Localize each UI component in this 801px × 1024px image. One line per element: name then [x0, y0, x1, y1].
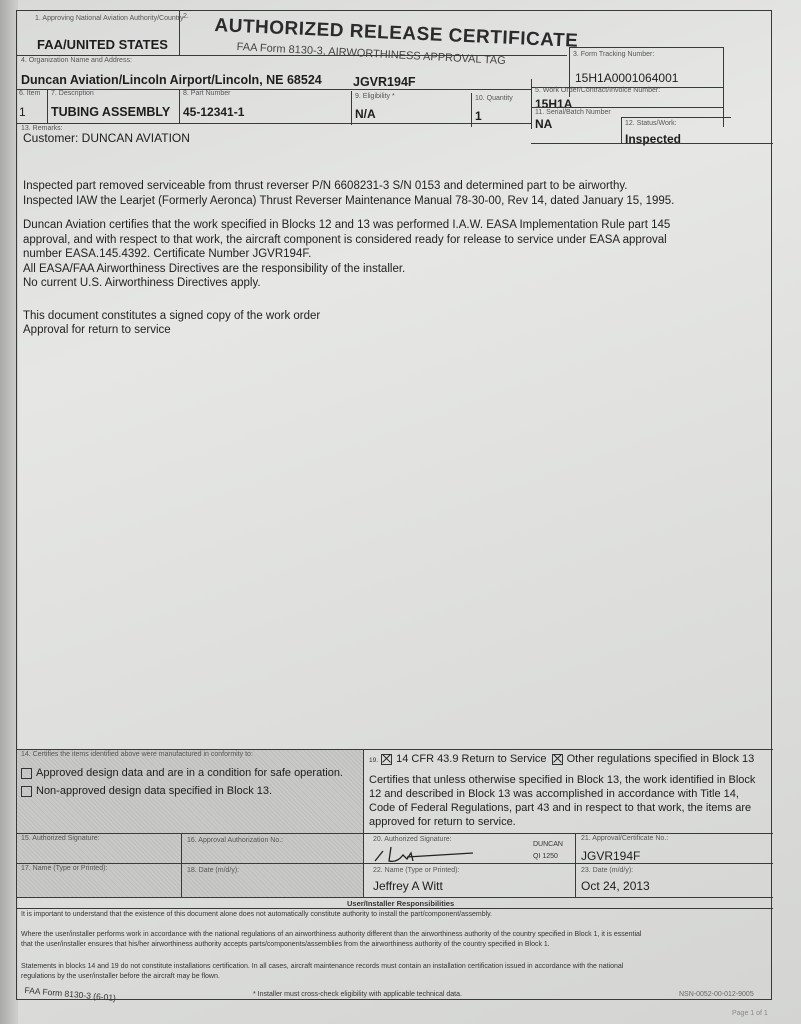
quantity-label: 10. Quantity — [475, 95, 513, 102]
block19-label: 19. — [369, 757, 378, 764]
remarks-line: Inspected IAW the Learjet (Formerly Aero… — [23, 195, 674, 207]
block21-label: 21. Approval/Certificate No.: — [581, 835, 668, 842]
block5-label: 5. Work Order/Contract/Invoice Number: — [535, 87, 660, 94]
block22-label: 22. Name (Type or Printed): — [373, 867, 459, 874]
serial-label: 11. Serial/Batch Number — [535, 109, 611, 116]
certificate-date: Oct 24, 2013 — [581, 879, 650, 893]
remarks-line: approval, and with respect to that work,… — [23, 234, 667, 246]
nsn-number: NSN-0052-00-012-9005 — [679, 991, 754, 998]
approval-certificate-number: JGVR194F — [581, 849, 640, 863]
organization-address: Duncan Aviation/Lincoln Airport/Lincoln,… — [21, 73, 322, 87]
item-value: 1 — [19, 105, 26, 119]
remarks-body: Inspected part removed serviceable from … — [23, 179, 743, 348]
stamp-line1: DUNCAN — [533, 841, 563, 848]
block18-label: 18. Date (m/d/y): — [187, 867, 239, 874]
block15-label: 15. Authorized Signature: — [21, 835, 100, 842]
description-value: TUBING ASSEMBLY — [51, 105, 170, 119]
checkbox-approved-design[interactable] — [21, 768, 32, 779]
block20-label: 20. Authorized Signature: — [373, 836, 452, 843]
eligibility-note: * Installer must cross-check eligibility… — [253, 991, 462, 998]
block19-statement: Certifies that unless otherwise specifie… — [369, 773, 759, 829]
serial-value: NA — [535, 117, 552, 131]
remarks-line: All EASA/FAA Airworthiness Directives ar… — [23, 263, 405, 275]
stamp-line2: QI 1250 — [533, 853, 558, 860]
footer-line: It is important to understand that the e… — [21, 911, 492, 918]
part-number-value: 45-12341-1 — [183, 105, 244, 119]
option-label: Non-approved design data specified in Bl… — [36, 785, 272, 797]
footer-line: that the user/installer ensures that his… — [21, 941, 550, 948]
footer-line: regulations by the user/installer before… — [21, 973, 220, 980]
checkbox-14cfr-return-to-service[interactable] — [381, 754, 392, 765]
footer-line: Statements in blocks 14 and 19 do not co… — [21, 963, 623, 970]
quantity-value: 1 — [475, 109, 482, 123]
remarks-line: Approval for return to service — [23, 324, 171, 336]
block2-label: 2. — [183, 13, 189, 20]
option-label: 14 CFR 43.9 Return to Service — [396, 753, 546, 765]
organization-cert-number: JGVR194F — [353, 75, 416, 89]
remarks-line: This document constitutes a signed copy … — [23, 310, 320, 322]
block14-label: 14. Certifies the items identified above… — [21, 751, 253, 758]
block19-options: 19. 14 CFR 43.9 Return to Service Other … — [369, 753, 754, 765]
block14-option2: Non-approved design data specified in Bl… — [21, 785, 272, 797]
checkbox-other-regulations[interactable] — [552, 754, 563, 765]
page-number: Page 1 of 1 — [732, 1010, 768, 1017]
block4-label: 4. Organization Name and Address: — [21, 57, 132, 64]
block1-value: FAA/UNITED STATES — [37, 37, 168, 52]
block14-option1: Approved design data and are in a condit… — [21, 767, 343, 779]
certificate-form: 1. Approving National Aviation Authority… — [16, 10, 772, 1000]
signer-name: Jeffrey A Witt — [373, 879, 443, 893]
block23-label: 23. Date (m/d/y): — [581, 867, 633, 874]
remarks-line: number EASA.145.4392. Certificate Number… — [23, 248, 311, 260]
form-id: FAA Form 8130-3 (6-01) — [24, 985, 116, 1003]
part-number-label: 8. Part Number — [183, 90, 230, 97]
footer-heading: User/Installer Responsibilities — [347, 899, 454, 908]
block17-label: 17. Name (Type or Printed): — [21, 865, 107, 872]
option-label: Approved design data and are in a condit… — [36, 767, 343, 779]
item-label: 6. Item — [19, 90, 40, 97]
remarks-line: Duncan Aviation certifies that the work … — [23, 219, 670, 231]
eligibility-label: 9. Eligibility * — [355, 93, 395, 100]
description-label: 7. Description — [51, 90, 94, 97]
signature-icon — [373, 843, 493, 865]
remarks-line: No current U.S. Airworthiness Directives… — [23, 277, 261, 289]
block1-label: 1. Approving National Aviation Authority… — [35, 15, 184, 22]
eligibility-value: N/A — [355, 107, 376, 121]
block16-label: 16. Approval Authorization No.: — [187, 837, 283, 844]
status-label: 12. Status/Work: — [625, 120, 677, 127]
remarks-customer: Customer: DUNCAN AVIATION — [23, 131, 190, 145]
block3-label: 3. Form Tracking Number: — [573, 51, 654, 58]
footer-line: Where the user/installer performs work i… — [21, 931, 641, 938]
form-tracking-number: 15H1A0001064001 — [575, 71, 678, 85]
remarks-line: Inspected part removed serviceable from … — [23, 180, 628, 192]
checkbox-non-approved-design[interactable] — [21, 786, 32, 797]
option-label: Other regulations specified in Block 13 — [567, 753, 755, 765]
